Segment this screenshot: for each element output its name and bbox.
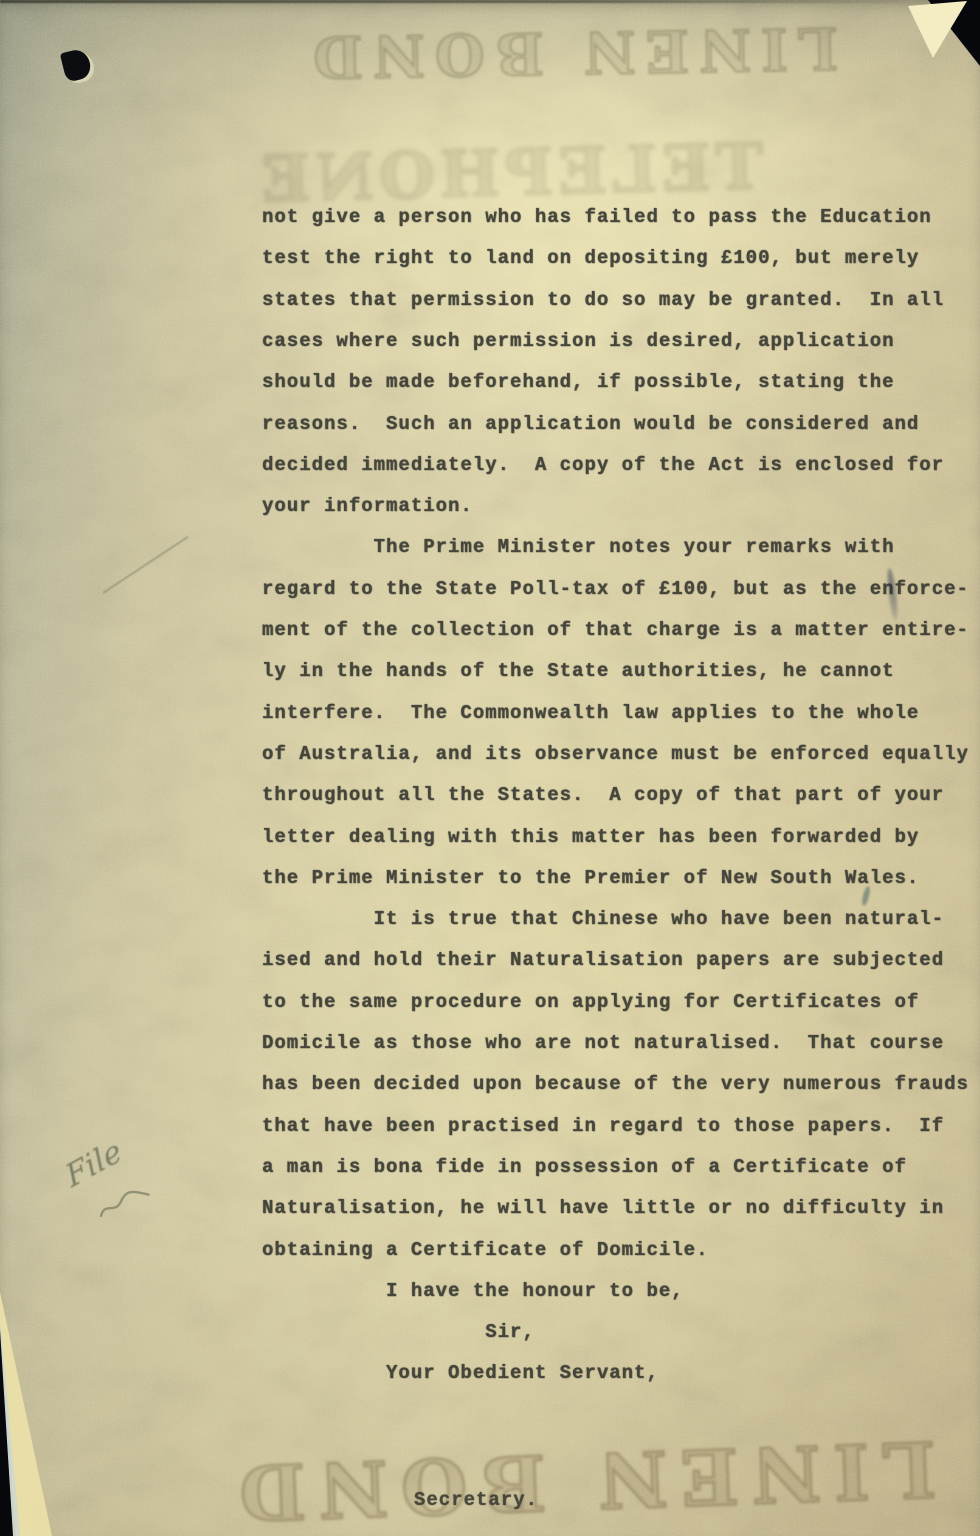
typed-line: has been decided upon because of the ver… <box>262 1073 969 1095</box>
typed-line: interfere. The Commonwealth law applies … <box>262 702 919 724</box>
typed-line: ised and hold their Naturalisation paper… <box>262 949 944 971</box>
typed-line: Domicile as those who are not naturalise… <box>262 1032 944 1054</box>
typed-line: Your Obedient Servant, <box>262 1362 659 1384</box>
typed-line: that have been practised in regard to th… <box>262 1115 944 1137</box>
typed-line: obtaining a Certificate of Domicile. <box>262 1239 708 1261</box>
typed-line: not give a person who has failed to pass… <box>262 206 932 228</box>
typed-line: the Prime Minister to the Premier of New… <box>262 867 919 889</box>
typed-line: states that permission to do so may be g… <box>262 289 944 311</box>
typed-line: cases where such permission is desired, … <box>262 330 895 352</box>
typed-line: Naturalisation, he will have little or n… <box>262 1197 944 1219</box>
typed-line: test the right to land on depositing £10… <box>262 247 919 269</box>
typed-line: letter dealing with this matter has been… <box>262 826 919 848</box>
typed-line: Sir, <box>262 1321 535 1343</box>
typed-line: your information. <box>262 495 473 517</box>
typed-letter-body: not give a person who has failed to pass… <box>262 206 974 1436</box>
typed-line: decided immediately. A copy of the Act i… <box>262 454 944 476</box>
typed-line: ment of the collection of that charge is… <box>262 619 969 641</box>
typed-line: a man is bona fide in possession of a Ce… <box>262 1156 907 1178</box>
typed-line: of Australia, and its observance must be… <box>262 743 969 765</box>
typed-line: should be made beforehand, if possible, … <box>262 371 895 393</box>
typed-line: to the same procedure on applying for Ce… <box>262 991 919 1013</box>
typed-line: The Prime Minister notes your remarks wi… <box>262 536 895 558</box>
typed-line: I have the honour to be, <box>262 1280 684 1302</box>
scanned-letter-page: LINEN BOND TELEPHONE LINEN BOND not give… <box>0 0 980 1536</box>
typed-line: reasons. Such an application would be co… <box>262 413 919 435</box>
typed-line: It is true that Chinese who have been na… <box>262 908 944 930</box>
typed-line: ly in the hands of the State authorities… <box>262 660 895 682</box>
typed-line: throughout all the States. A copy of tha… <box>262 784 944 806</box>
top-edge-shadow <box>0 0 980 3</box>
typed-line: regard to the State Poll-tax of £100, bu… <box>262 578 969 600</box>
signature-secretary-line: Secretary. <box>414 1489 714 1519</box>
